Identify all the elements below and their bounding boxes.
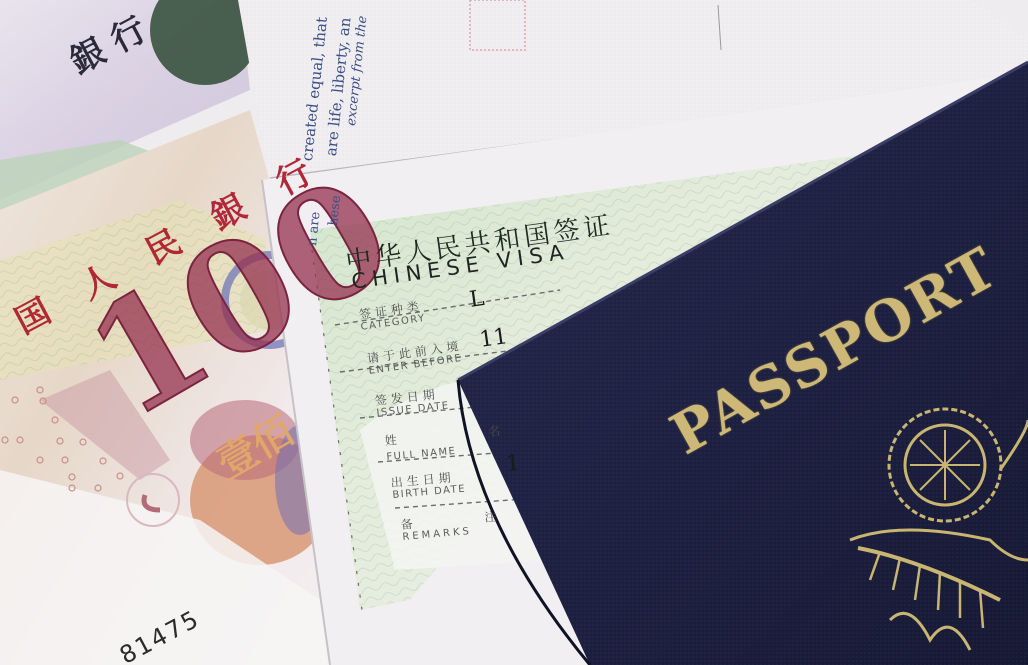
field-value: 1 bbox=[505, 451, 521, 477]
field-value: L bbox=[468, 286, 486, 313]
photo-scene: 銀 行 国 人 民 銀 行 100 壹佰 81475 created equal… bbox=[0, 0, 1028, 665]
field-value: 11 bbox=[478, 324, 509, 353]
visa-side-text-2: hese bbox=[326, 195, 344, 227]
